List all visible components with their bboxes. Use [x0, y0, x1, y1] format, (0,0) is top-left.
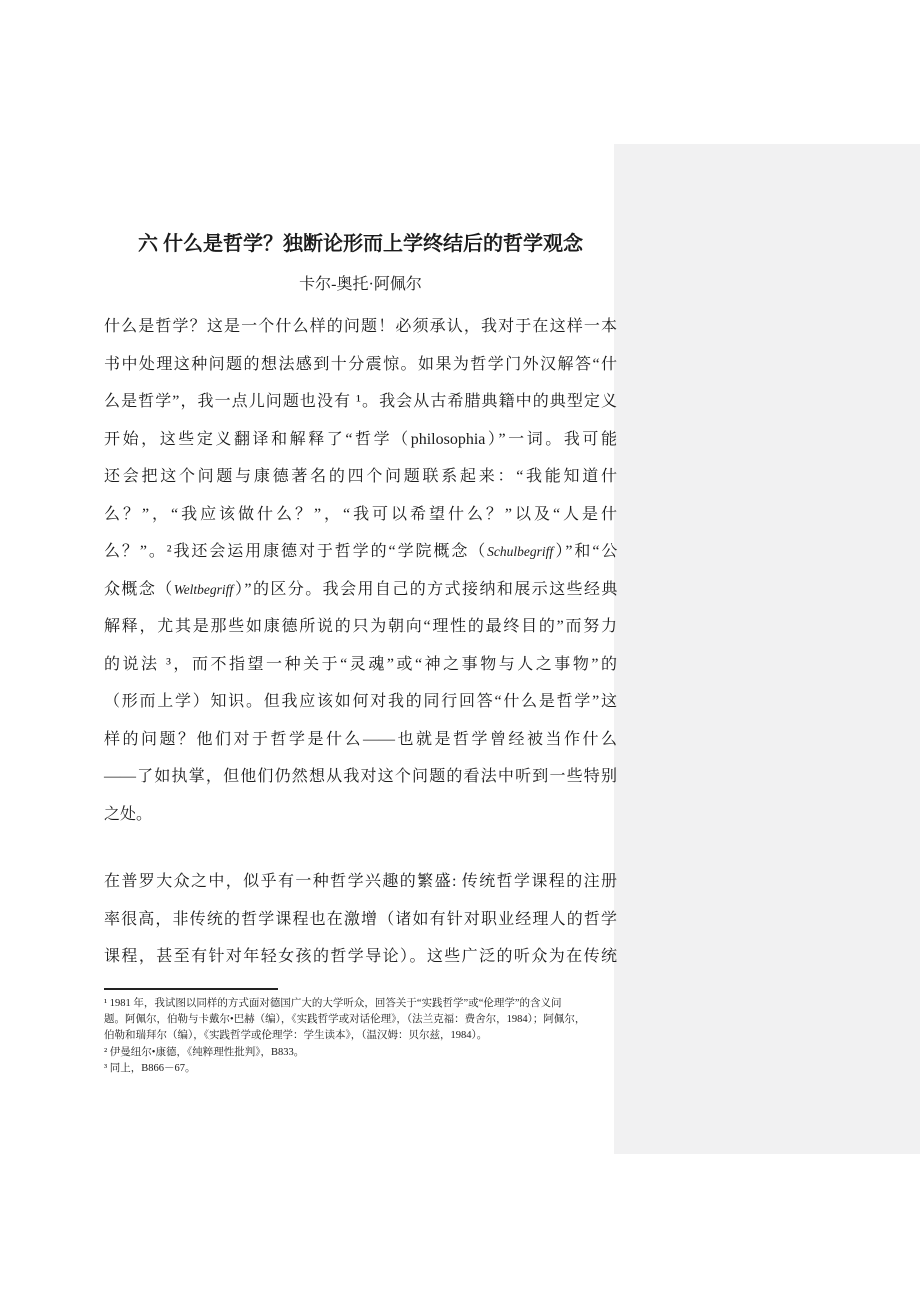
text-line: 课程，甚至有针对年轻女孩的哲学导论）。这些广泛的听众为在传统	[104, 938, 617, 976]
text-line: 样的问题？他们对于哲学是什么——也就是哲学曾经被当作什么	[104, 721, 617, 759]
text-segment: 么？”。²我还会运用康德对于哲学的“学院概念（	[104, 543, 487, 560]
footnote-line: 题。阿佩尔，伯勒与卡戴尔•巴赫（编），《实践哲学或对话伦理》，（法兰克福：费舍尔…	[104, 1012, 617, 1028]
document-title: 六 什么是哲学？独断论形而上学终结后的哲学观念	[104, 231, 617, 257]
text-line: ——了如执掌，但他们仍然想从我对这个问题的看法中听到一些特别	[104, 758, 617, 796]
document-body: 六 什么是哲学？独断论形而上学终结后的哲学观念 卡尔-奥托·阿佩尔 什么是哲学？…	[104, 0, 617, 1302]
footnote-line: ² 伊曼纽尔•康德，《纯粹理性批判》，B833。	[104, 1045, 617, 1061]
text-line: 率很高，非传统的哲学课程也在激增（诸如有针对职业经理人的哲学	[104, 901, 617, 939]
text-line: 么？”，“我应该做什么？”，“我可以希望什么？”以及“人是什	[104, 496, 617, 534]
paragraph-2: 在普罗大众之中，似乎有一种哲学兴趣的繁盛: 传统哲学课程的注册 率很高，非传统的…	[104, 863, 617, 976]
text-segment: ）”和“公	[553, 543, 617, 560]
text-line: 众概念（Weltbegriff）”的区分。我会用自己的方式接纳和展示这些经典	[104, 571, 617, 609]
footnote-line: ³ 同上，B866－67。	[104, 1061, 617, 1077]
text-line: 之处。	[104, 796, 617, 834]
text-line: （形而上学）知识。但我应该如何对我的同行回答“什么是哲学”这	[104, 683, 617, 721]
footnotes: ¹ 1981 年，我试图以同样的方式面对德国广大的大学听众，回答关于“实践哲学”…	[104, 996, 617, 1077]
text-line: 还会把这个问题与康德著名的四个问题联系起来：“我能知道什	[104, 458, 617, 496]
footnote-line: 伯勒和瑞拜尔（编），《实践哲学或伦理学：学生读本》，（温汉姆：贝尔兹，1984）…	[104, 1028, 617, 1044]
document-page: 六 什么是哲学？独断论形而上学终结后的哲学观念 卡尔-奥托·阿佩尔 什么是哲学？…	[0, 0, 920, 1302]
footnote-line: ¹ 1981 年，我试图以同样的方式面对德国广大的大学听众，回答关于“实践哲学”…	[104, 996, 617, 1012]
latin-term-italic: Weltbegriff	[174, 582, 234, 597]
footnote-separator	[104, 988, 278, 990]
text-line: 书中处理这种问题的想法感到十分震惊。如果为哲学门外汉解答“什	[104, 346, 617, 384]
text-line: 解释，尤其是那些如康德所说的只为朝向“理性的最终目的”而努力	[104, 608, 617, 646]
latin-term-italic: Schulbegriff	[487, 544, 553, 559]
text-line: 什么是哲学？这是一个什么样的问题！必须承认，我对于在这样一本	[104, 308, 617, 346]
text-line: 的说法 ³，而不指望一种关于“灵魂”或“神之事物与人之事物”的	[104, 646, 617, 684]
text-line: 在普罗大众之中，似乎有一种哲学兴趣的繁盛: 传统哲学课程的注册	[104, 863, 617, 901]
text-line: 么？”。²我还会运用康德对于哲学的“学院概念（Schulbegriff）”和“公	[104, 533, 617, 571]
text-segment: 众概念（	[104, 581, 174, 598]
document-author: 卡尔-奥托·阿佩尔	[104, 274, 617, 296]
page-margin-panel	[614, 144, 920, 1154]
paragraph-1: 什么是哲学？这是一个什么样的问题！必须承认，我对于在这样一本 书中处理这种问题的…	[104, 308, 617, 833]
text-line: 么是哲学”，我一点儿问题也没有 ¹。我会从古希腊典籍中的典型定义	[104, 383, 617, 421]
text-segment: ）”的区分。我会用自己的方式接纳和展示这些经典	[233, 581, 617, 598]
text-line: 开始，这些定义翻译和解释了“哲学（philosophia）”一词。我可能	[104, 421, 617, 459]
